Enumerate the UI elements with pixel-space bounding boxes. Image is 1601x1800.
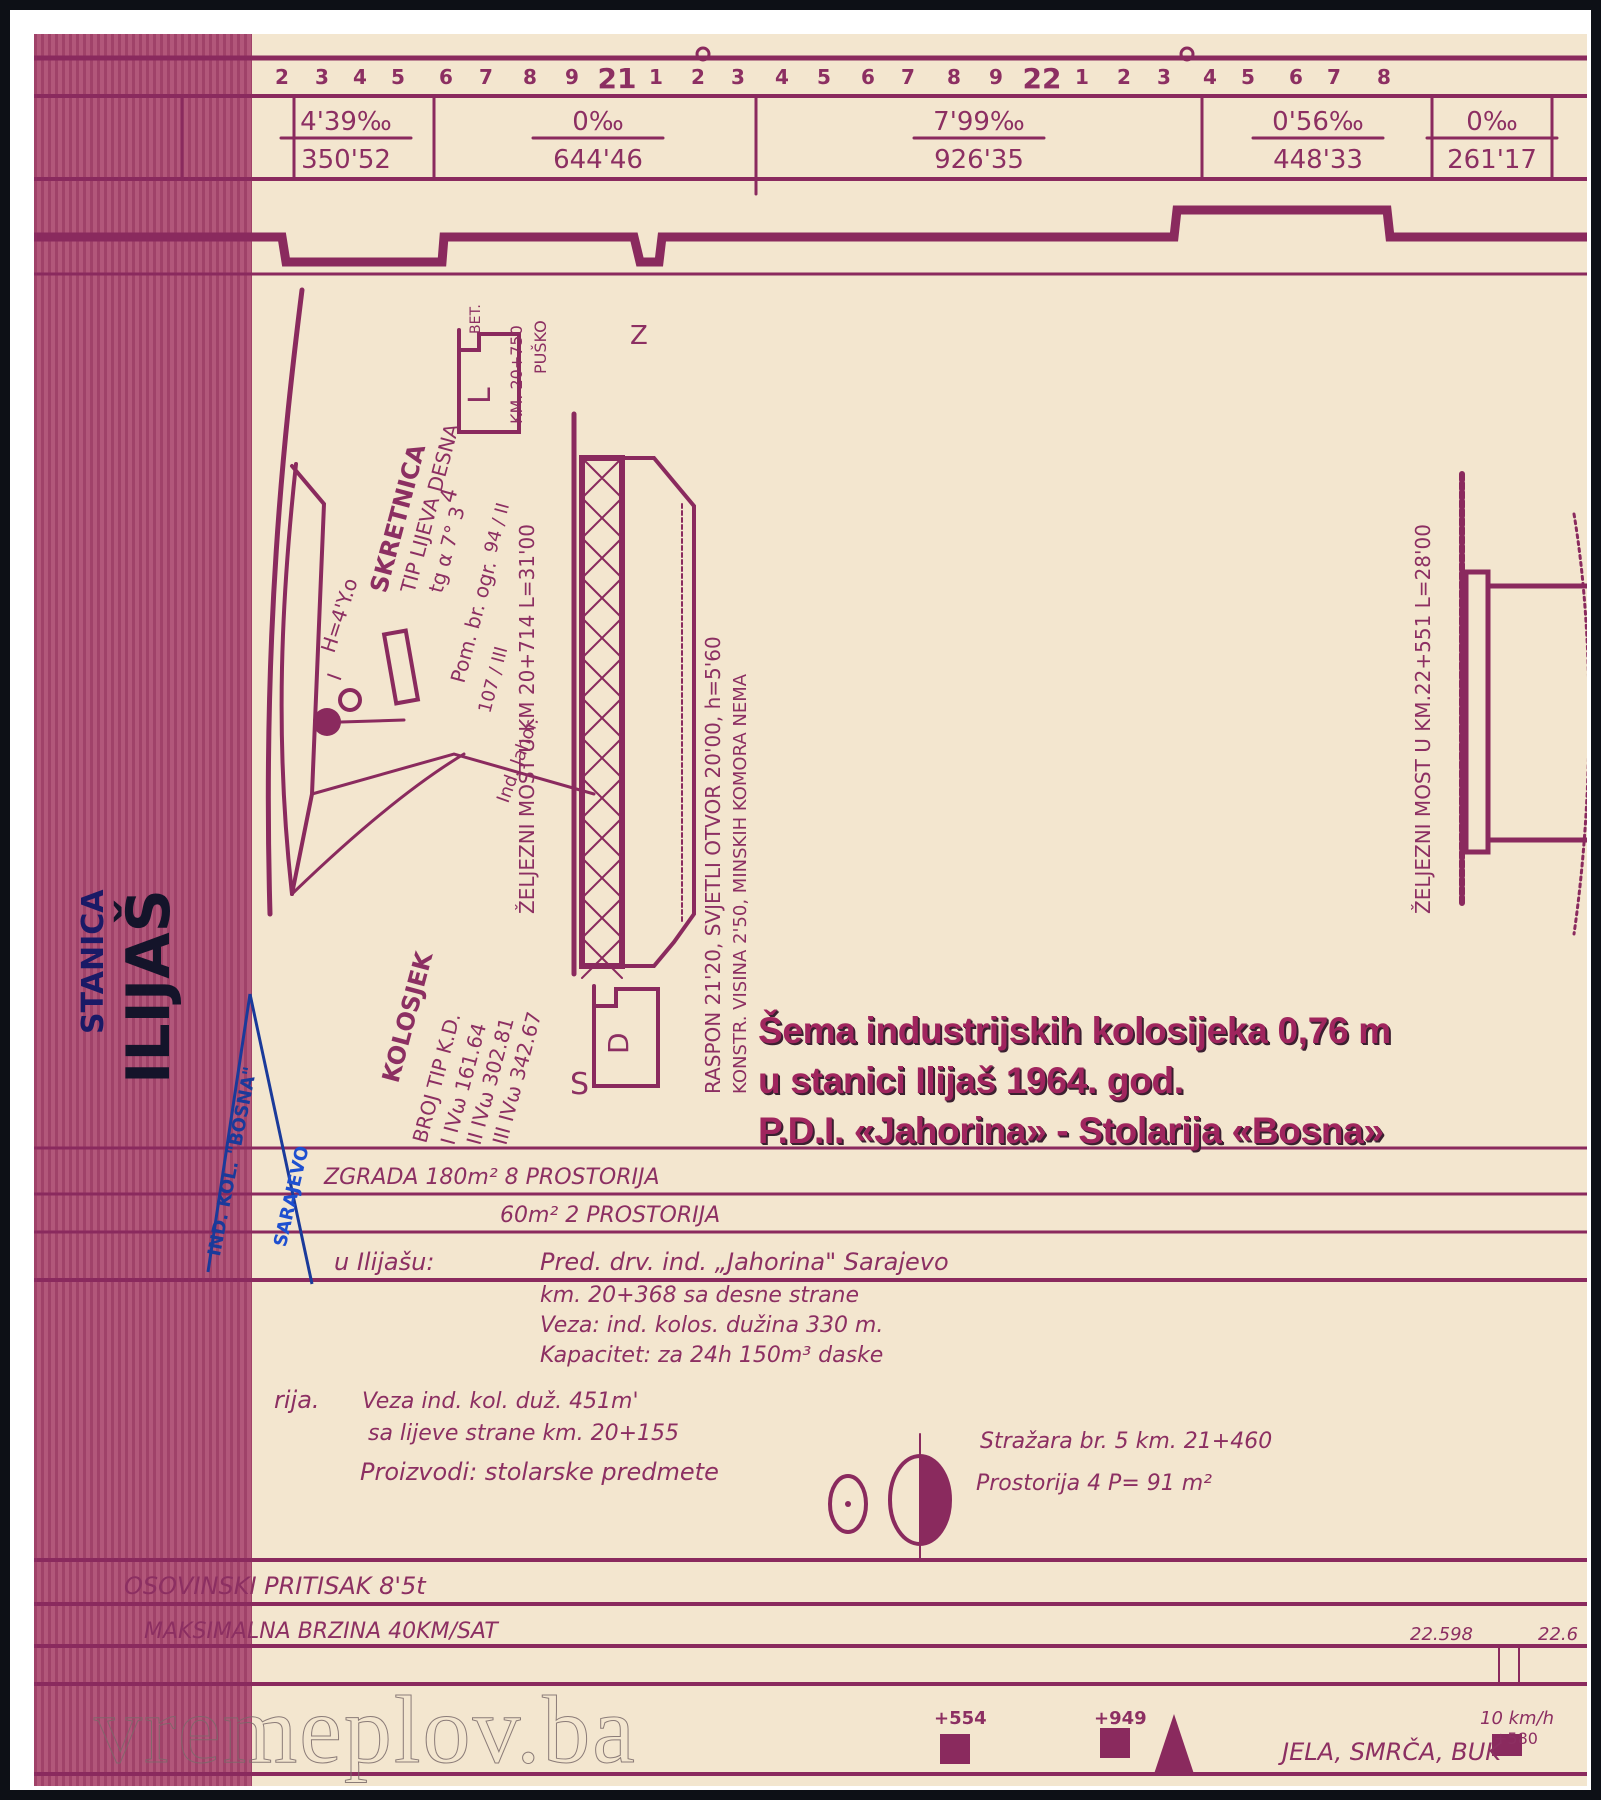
caption-line-1: Šema industrijskih kolosijeka 0,76 m — [758, 1006, 1391, 1056]
ruler-tick: 5 — [1241, 65, 1255, 89]
ruler-tick: 3 — [1157, 65, 1171, 89]
gradient-length: 350'52 — [301, 145, 391, 175]
ruler-tick: 7 — [901, 65, 915, 89]
caption: Šema industrijskih kolosijeka 0,76 m u s… — [758, 1006, 1391, 1156]
mark-s: S — [570, 1067, 589, 1102]
watermark: vremeplov.ba — [94, 1674, 637, 1785]
ruler-tick: 4 — [353, 65, 367, 89]
image-frame: 23456789211234567892212345678 4'39‰350'5… — [10, 10, 1591, 1790]
ruler-tick: 9 — [565, 65, 579, 89]
bridge-type: PUŠKO — [531, 320, 550, 374]
ruler-tick: 8 — [1377, 65, 1391, 89]
ruler-tick: 7 — [1327, 65, 1341, 89]
note-ind-2-prefix: rija. — [274, 1386, 320, 1414]
fraction-2: 94 / II — [481, 501, 514, 556]
max-speed: MAKSIMALNA BRZINA 40KM/SAT — [144, 1619, 499, 1644]
station-name: ILIJAŠ — [114, 889, 184, 1084]
ruler-tick: 6 — [439, 65, 453, 89]
box-l-label: L — [463, 387, 498, 404]
note-ind-1-line4: Kapacitet: za 24h 150m³ daske — [540, 1343, 883, 1368]
point-1: +554 — [934, 1708, 987, 1729]
note-ind-1-line3: Veza: ind. kolos. dužina 330 m. — [540, 1313, 883, 1338]
box-bet-label: BET. — [468, 304, 484, 334]
note-ind-2-line3: Proizvodi: stolarske predmete — [360, 1458, 719, 1486]
ruler-tick: 4 — [1203, 65, 1217, 89]
gradient-length: 261'17 — [1447, 145, 1537, 175]
ruler-tick: 8 — [947, 65, 961, 89]
km-22-label: 22 — [1023, 62, 1062, 95]
caption-line-2: u stanici Ilijaš 1964. god. — [758, 1056, 1391, 1106]
note-zgrada-2: 60m² 2 PROSTORIJA — [500, 1203, 720, 1228]
note-ind-1-prefix: u Ilijašu: — [334, 1248, 434, 1276]
ruler-tick: 6 — [1289, 65, 1303, 89]
gradient-value: 4'39‰ — [300, 107, 392, 137]
h-label: H=4'Y.o — [316, 575, 363, 655]
caption-line-3: P.D.I. «Jahorina» - Stolarija «Bosna» — [758, 1106, 1391, 1156]
bridge-2 — [1462, 474, 1587, 934]
note-ind-1-line1: Pred. drv. ind. „Jahorina" Sarajevo — [540, 1248, 949, 1276]
gradient-value: 0'56‰ — [1272, 107, 1364, 137]
point-2: +949 — [1094, 1708, 1147, 1729]
ruler-tick: 1 — [1075, 65, 1089, 89]
schematic-drawing: 23456789211234567892212345678 4'39‰350'5… — [34, 34, 1587, 1786]
gradient-value: 7'99‰ — [933, 107, 1025, 137]
speed-limit: 10 km/h — [1480, 1708, 1554, 1729]
gradient-value: 0‰ — [1466, 107, 1517, 137]
mark-z: Z — [630, 321, 648, 351]
ruler-tick: 7 — [479, 65, 493, 89]
ruler-tick: 1 — [649, 65, 663, 89]
track-profile — [34, 210, 1587, 262]
gradient-length: 644'46 — [553, 145, 643, 175]
note-ind-1-line2: km. 20+368 sa desne strane — [540, 1283, 859, 1308]
station-tracks — [268, 290, 594, 914]
km-mark-2: 22.6 — [1538, 1624, 1578, 1645]
ruler-tick: 5 — [391, 65, 405, 89]
note-strazara-2: Prostorija 4 P= 91 m² — [976, 1471, 1212, 1496]
ruler-tick: 2 — [691, 65, 705, 89]
fraction-1: 107 / III — [475, 644, 513, 715]
signal-label: I — [322, 670, 347, 684]
note-ind-2-line1: Veza ind. kol. duž. 451m' — [362, 1389, 639, 1414]
forest-label: JELA, SMRČA, BUK — [1278, 1736, 1503, 1766]
station-name-small: STANICA — [76, 890, 111, 1034]
gradient-length: 926'35 — [934, 145, 1024, 175]
railway-schematic: 23456789211234567892212345678 4'39‰350'5… — [34, 34, 1587, 1786]
ruler-tick: 9 — [989, 65, 1003, 89]
bridge-2-main: ŽELJEZNI MOST U KM.22+551 L=28'00 — [1411, 524, 1435, 914]
gradient-value: 0‰ — [572, 107, 623, 137]
ruler-tick: 3 — [731, 65, 745, 89]
note-strazara-1: Stražara br. 5 km. 21+460 — [980, 1429, 1272, 1454]
gradient-length: 448'33 — [1273, 145, 1363, 175]
ruler-tick: 4 — [775, 65, 789, 89]
box-d-label: D — [602, 1032, 635, 1054]
ruler-tick: 6 — [861, 65, 875, 89]
bridge-km: KM. 20+750 — [507, 325, 526, 424]
ruler-tick: 5 — [817, 65, 831, 89]
note-ind-2-line2: sa lijeve strane km. 20+155 — [368, 1421, 679, 1446]
km-mark-1: 22.598 — [1410, 1624, 1473, 1645]
note-zgrada-1: ZGRADA 180m² 8 PROSTORIJA — [323, 1165, 660, 1190]
signal-symbols — [830, 1434, 950, 1560]
ruler-tick: 8 — [523, 65, 537, 89]
bridge-1-konstr: KONSTR. VISINA 2'50, MINSKIH KOMORA NEMA — [730, 673, 751, 1094]
axle-load: OSOVINSKI PRITISAK 8'5t — [124, 1572, 427, 1600]
ruler-tick: 3 — [315, 65, 329, 89]
ruler-tick: 2 — [275, 65, 289, 89]
bridge-1-raspon: RASPON 21'20, SVJETLI OTVOR 20'00, h=5'6… — [701, 636, 725, 1094]
ruler-tick: 2 — [1117, 65, 1131, 89]
km-21-label: 21 — [598, 62, 637, 95]
